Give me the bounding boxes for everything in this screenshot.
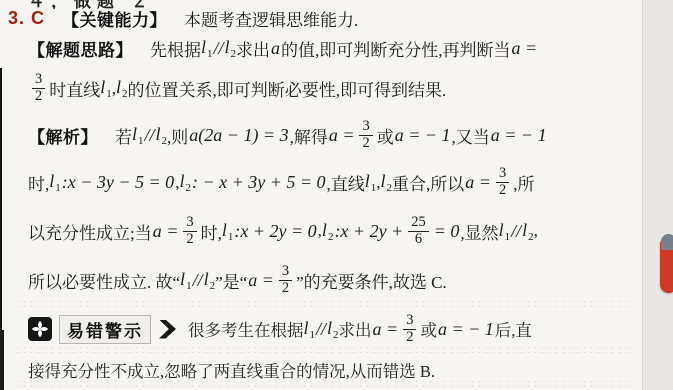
fraction: 32 — [359, 119, 372, 152]
text-segment: // — [192, 270, 204, 291]
text-segment: 3. C — [8, 8, 45, 29]
text-segment: 【解题思路】 — [28, 36, 133, 61]
text-segment: 【关键能力】 — [62, 6, 167, 31]
math-subscript: l2 — [327, 318, 339, 341]
text-segment: 的值,即可判断充分性,再判断当 — [281, 36, 511, 61]
strategy-line-2: 32时直线 l1,l2 的位置关系,即可判断必要性,即可得到结果. — [0, 65, 640, 112]
text-segment: a — [270, 38, 281, 59]
text-segment — [45, 6, 62, 31]
text-segment: :x + 2y = 0 — [233, 221, 317, 242]
math-subscript: l1 — [132, 124, 144, 147]
math-subscript: l2 — [204, 269, 216, 292]
text-segment: ,直线 — [327, 170, 365, 195]
text-segment: a = — [247, 270, 275, 291]
text-segment: // — [510, 221, 522, 242]
text-segment: 或 — [377, 123, 394, 148]
text-segment: a = — [328, 125, 356, 146]
text-segment: 或 — [420, 317, 437, 341]
text-segment: a = — [464, 172, 492, 193]
text-segment: ,显然 — [460, 219, 498, 244]
warning-line-2: 接得充分性不成立,忽略了两直线重合的情况,从而错选 B. — [0, 353, 640, 387]
math-subscript: l2 — [116, 77, 128, 100]
text-segment: 接得充分性不成立,忽略了两直线重合的情况,从而错选 B. — [28, 358, 435, 382]
fraction: 32 — [32, 72, 45, 105]
math-subscript: l2 — [179, 171, 191, 194]
text-segment: 时, — [28, 170, 49, 195]
text-segment: = 0 — [433, 221, 461, 242]
text-segment: 时直线 — [49, 76, 100, 101]
chevron-right-icon — [159, 320, 176, 339]
text-segment: a = — [372, 319, 400, 340]
text-segment: 本题考查逻辑思维能力. — [167, 6, 358, 31]
text-segment: : − x + 3y + 5 = 0 — [191, 172, 327, 193]
math-subscript: l1 — [49, 171, 61, 194]
analysis-line-2: 时,l1:x − 3y − 5 = 0,l2: − x + 3y + 5 = 0… — [0, 159, 640, 206]
math-subscript: l1 — [304, 318, 316, 341]
text-segment: 重合,所以 — [392, 170, 464, 195]
text-segment: 时, — [201, 219, 222, 244]
math-subscript: l2 — [322, 220, 334, 243]
math-subscript: l2 — [156, 124, 168, 147]
fraction: 256 — [408, 215, 429, 248]
fraction: 32 — [403, 313, 416, 346]
text-segment: a = − 1 — [394, 125, 452, 146]
text-segment: a(2a − 1) = 3 — [188, 125, 289, 146]
text-segment: ,解得 — [290, 123, 328, 148]
text-segment: 求出 — [339, 317, 372, 341]
text-segment: ,所 — [513, 170, 534, 195]
math-subscript: l1 — [365, 171, 377, 194]
text-segment: ”是“ — [215, 268, 247, 293]
math-subscript: l1 — [499, 220, 511, 243]
fraction: 32 — [496, 166, 509, 199]
text-segment: // — [213, 38, 225, 59]
math-subscript: l1 — [201, 37, 213, 60]
math-subscript: l1 — [100, 77, 112, 100]
text-segment: 所以必要性成立. 故“ — [28, 268, 180, 293]
text-segment: , — [534, 221, 538, 241]
text-segment: 很多考生在根据 — [188, 317, 304, 341]
text-segment: 若 — [98, 123, 132, 148]
analysis-line-4: 所以必要性成立. 故“l1//l2”是“a = 32”的充要条件,故选 C. — [0, 256, 640, 305]
text-segment: ,又当 — [452, 123, 490, 148]
strategy-line-1: 【解题思路】 先根据 l1//l2 求出 a 的值,即可判断充分性,再判断当 a… — [0, 32, 640, 65]
answer-header-line: 3. C 【关键能力】 本题考查逻辑思维能力. — [0, 4, 640, 32]
analysis-line-3: 以充分性成立;当 a = 32时,l1:x + 2y = 0,l2:x + 2y… — [0, 206, 640, 256]
text-segment: 【解析】 — [28, 123, 98, 148]
text-segment: 的位置关系,即可判断必要性,即可得到结果. — [128, 76, 447, 101]
text-segment: 先根据 — [133, 36, 201, 61]
text-segment: 以充分性成立;当 — [28, 219, 152, 244]
analysis-line-1: 【解析】 若 l1//l2,则 a(2a − 1) = 3,解得 a = 32或… — [0, 112, 640, 159]
text-segment: 求出 — [236, 36, 270, 61]
solution-text-block: 3. C 【关键能力】 本题考查逻辑思维能力. 【解题思路】 先根据 l1//l… — [0, 4, 640, 387]
math-subscript: l2 — [381, 171, 393, 194]
text-segment: ”的充要条件,故选 C. — [296, 268, 447, 293]
math-subscript: l1 — [222, 220, 234, 243]
scrollbar-thumb-cap — [661, 234, 673, 250]
warning-header-line: 易错警示 很多考生在根据 l1//l2 求出 a = 32或 a = − 1 后… — [0, 305, 640, 353]
text-segment: a = − 1 — [490, 125, 548, 146]
text-segment: :x − 3y − 5 = 0 — [61, 172, 175, 193]
fraction: 32 — [183, 215, 196, 248]
text-segment: a = — [152, 221, 180, 242]
text-segment: // — [144, 125, 156, 146]
text-segment: a = — [511, 38, 539, 59]
math-subscript: l1 — [180, 269, 192, 292]
text-segment: a = − 1 — [437, 319, 495, 340]
warning-badge-label: 易错警示 — [59, 315, 151, 344]
scrollbar-thumb[interactable] — [660, 236, 673, 293]
page-right-margin — [642, 0, 673, 390]
text-segment: // — [315, 319, 327, 340]
text-segment: ,则 — [167, 123, 188, 148]
text-segment: 后,直 — [495, 317, 532, 341]
page-spine-blot — [0, 330, 4, 390]
fraction: 32 — [279, 264, 292, 297]
pinwheel-icon — [28, 317, 52, 341]
solution-document: ４，做题 ２ 3. C 【关键能力】 本题考查逻辑思维能力. 【解题思路】 先根… — [0, 0, 673, 390]
math-subscript: l2 — [225, 37, 237, 60]
text-segment: :x + 2y + — [333, 221, 404, 242]
math-subscript: l2 — [522, 220, 534, 243]
warning-line-1: 很多考生在根据 l1//l2 求出 a = 32或 a = − 1 后,直 — [188, 313, 532, 346]
